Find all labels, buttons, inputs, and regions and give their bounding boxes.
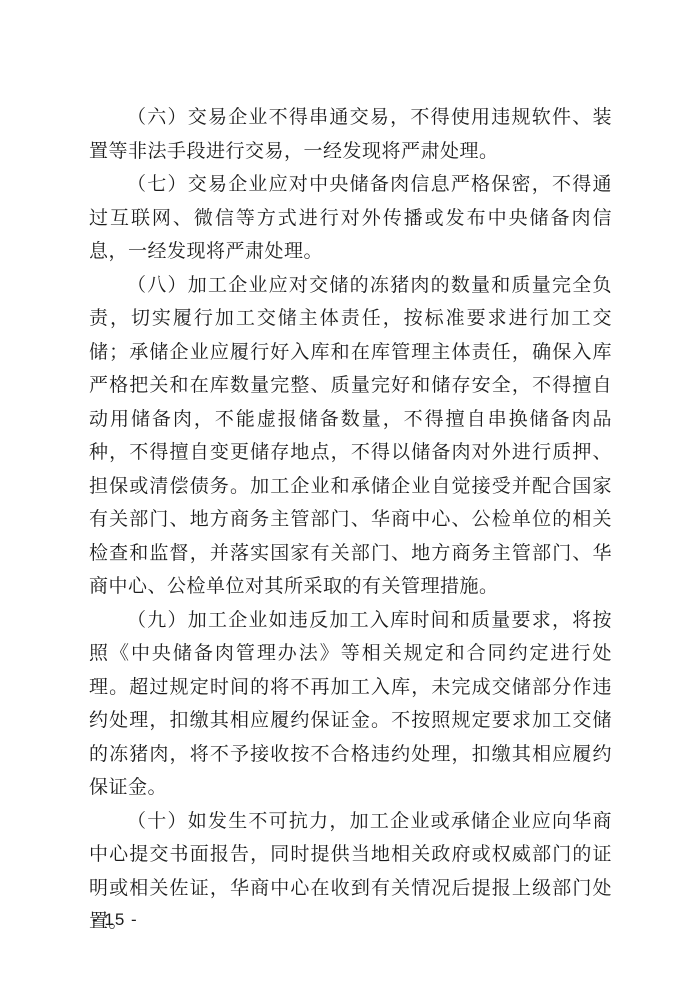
paragraph-10: （十）如发生不可抗力，加工企业或承储企业应向华商中心提交书面报告，同时提供当地相… xyxy=(89,805,612,939)
paragraph-9: （九）加工企业如违反加工入库时间和质量要求，将按照《中央储备肉管理办法》等相关规… xyxy=(89,604,612,805)
page-number: - 15 - xyxy=(92,910,138,930)
paragraph-8: （八）加工企业应对交储的冻猪肉的数量和质量完全负责，切实履行加工交储主体责任，按… xyxy=(89,269,612,604)
paragraph-6: （六）交易企业不得串通交易，不得使用违规软件、装置等非法手段进行交易，一经发现将… xyxy=(89,101,612,168)
document-body: （六）交易企业不得串通交易，不得使用违规软件、装置等非法手段进行交易，一经发现将… xyxy=(89,101,612,939)
document-page: （六）交易企业不得串通交易，不得使用违规软件、装置等非法手段进行交易，一经发现将… xyxy=(0,0,700,989)
paragraph-7: （七）交易企业应对中央储备肉信息严格保密，不得通过互联网、微信等方式进行对外传播… xyxy=(89,168,612,269)
